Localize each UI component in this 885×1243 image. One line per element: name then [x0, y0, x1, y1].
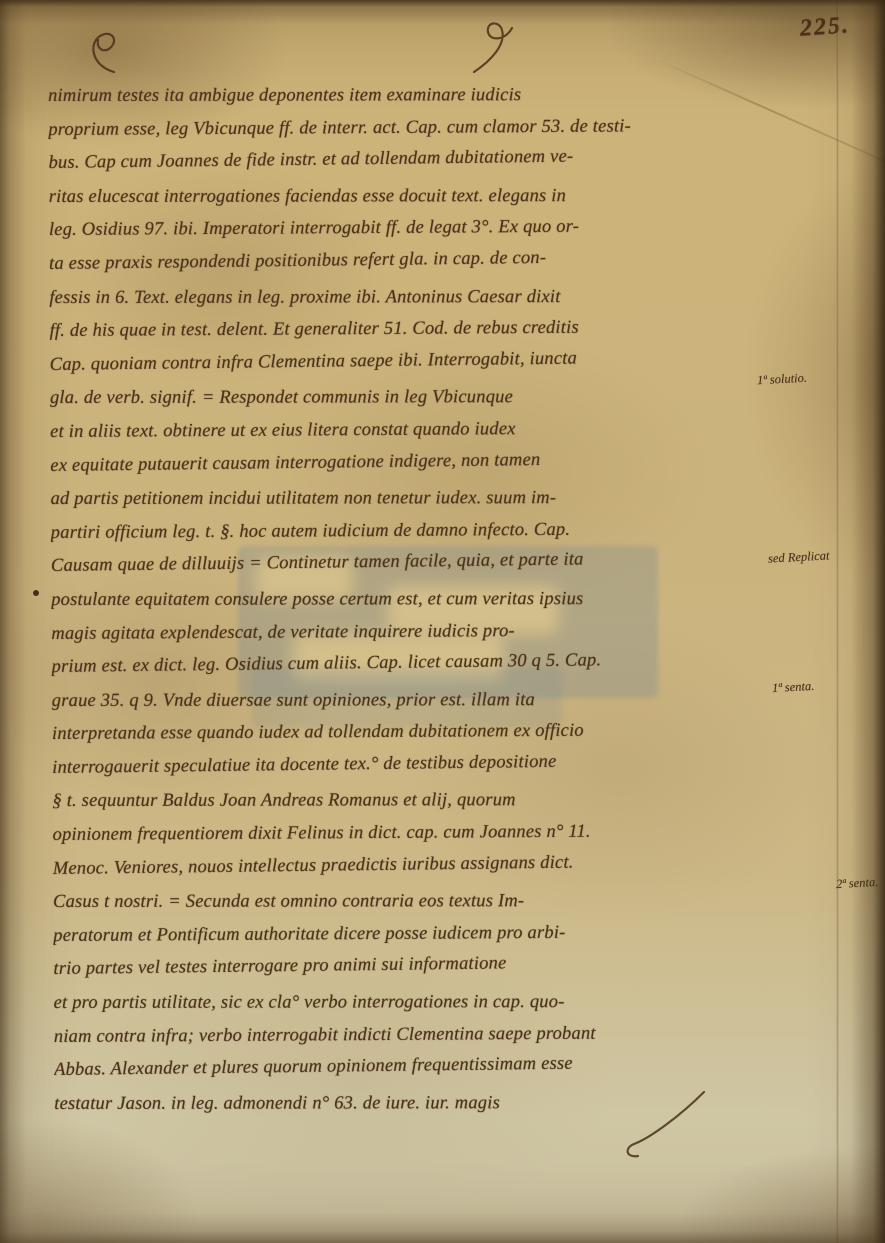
margin-note-replicat: sed Replicat [768, 548, 830, 566]
manuscript-line: testatur Jason. in leg. admonendi n° 63.… [54, 1087, 778, 1122]
manuscript-scan: 225. nimirum testes ita ambigue deponent… [0, 0, 885, 1243]
paper-crease [836, 0, 839, 1243]
manuscript-text-block: nimirum testes ita ambigue deponentes it… [48, 76, 778, 1122]
ink-dot [33, 590, 39, 596]
manuscript-line: gla. de verb. signif. = Respondet commun… [50, 381, 774, 416]
page-number: 225. [799, 12, 851, 42]
manuscript-line: et pro partis utilitate, sic ex cla° ver… [54, 986, 778, 1021]
manuscript-line: bus. Cap cum Joannes de fide instr. et a… [48, 138, 772, 180]
manuscript-line: Casus t nostri. = Secunda est omnino con… [53, 885, 777, 920]
manuscript-line: trio partes vel testes interrogare pro a… [53, 945, 777, 987]
manuscript-line: Causam quae de dilluuijs = Continetur ta… [51, 541, 775, 583]
manuscript-line: ad partis petitionem incidui utilitatem … [51, 482, 775, 517]
pen-flourish-icon [462, 16, 522, 81]
manuscript-line: postulante equitatem consulere posse cer… [51, 583, 775, 618]
margin-note-solutio: 1ª solutio. [757, 371, 808, 389]
manuscript-line: § t. sequuntur Baldus Joan Andreas Roman… [52, 784, 776, 819]
manuscript-line: fessis in 6. Text. elegans in leg. proxi… [49, 280, 773, 315]
manuscript-line: nimirum testes ita ambigue deponentes it… [48, 79, 772, 114]
pen-flourish-icon [84, 26, 128, 83]
margin-note-prima-sententia: 1ª senta. [772, 679, 815, 696]
manuscript-line: graue 35. q 9. Vnde diuersae sunt opinio… [52, 683, 776, 718]
manuscript-line: Abbas. Alexander et plures quorum opinio… [54, 1045, 778, 1087]
manuscript-line: ritas elucescat interrogationes facienda… [49, 180, 773, 215]
margin-note-secunda-sententia: 2ª senta. [836, 875, 879, 892]
